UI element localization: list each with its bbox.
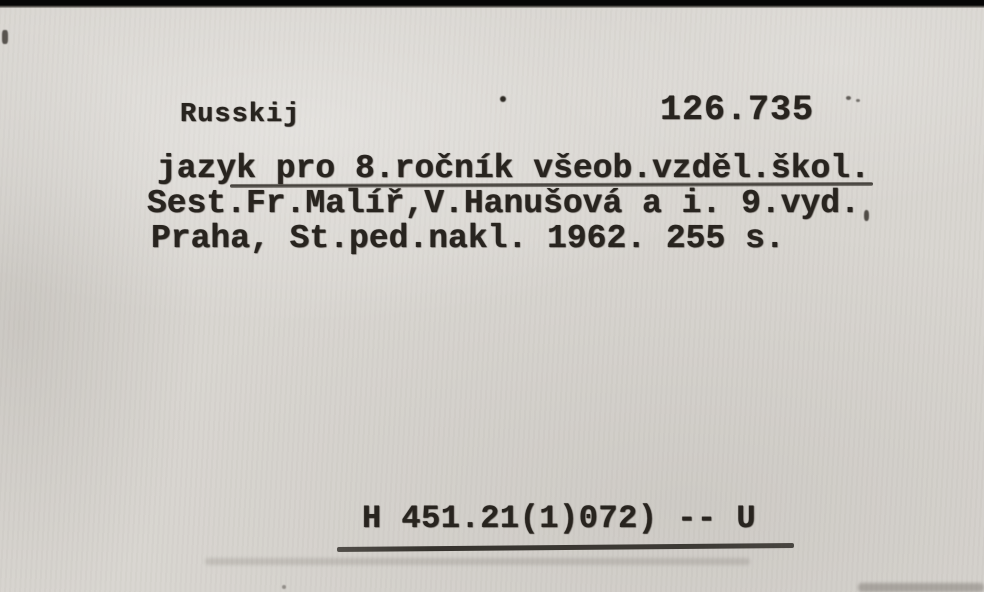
ink-speck: [2, 30, 8, 44]
shelf-number: 126.735: [660, 92, 814, 129]
ink-speck: [500, 96, 506, 102]
call-number: H 451.21(1)072) -- U: [362, 502, 756, 536]
scan-dark-edge-top: [0, 0, 984, 8]
card-heading: Russkij: [180, 101, 300, 129]
ink-speck: [846, 96, 851, 100]
show-through-smudge: [205, 558, 750, 565]
catalog-card-scan: Russkij 126.735 jazyk pro 8.ročník všeob…: [0, 0, 984, 592]
corner-smudge: [858, 583, 984, 592]
ink-speck: [856, 99, 860, 102]
imprint-line: Praha, St.ped.nakl. 1962. 255 s.: [151, 222, 785, 257]
author-line: Sest.Fr.Malíř,V.Hanušová a i. 9.vyd.: [147, 187, 860, 222]
ink-speck: [282, 585, 286, 589]
ink-speck: [864, 210, 869, 221]
call-number-underline: [337, 543, 794, 552]
